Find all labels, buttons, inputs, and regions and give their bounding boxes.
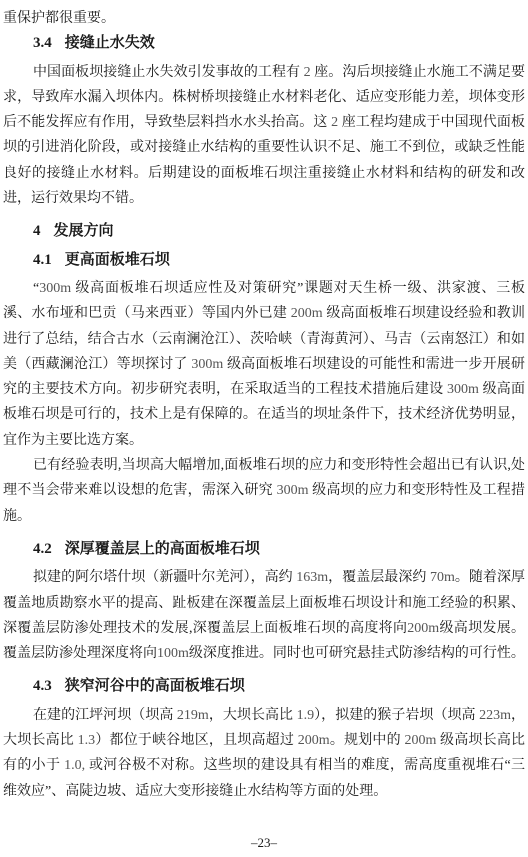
cjk-text-run: ），拟建的猴子岩坝（坝高 [314, 708, 479, 723]
latin-text-run: 200m [404, 733, 436, 748]
page-footer: –23– [0, 835, 528, 851]
latin-text-run: 1.9 [297, 708, 315, 723]
latin-text-run: 4 [33, 223, 41, 239]
cjk-text-run: 更高面板堆石坝 [65, 252, 170, 268]
cjk-text-run: 。规划中的 [330, 733, 405, 748]
paragraph-higher-dams-2: 已有经验表明,当坝高大幅增加,面板堆石坝的应力和变形特性会超出已有认识,处理不当… [3, 453, 525, 529]
latin-text-run: 1.0, [64, 758, 85, 773]
document-page: 重保护都很重要。 3.4接缝止水失效 中国面板坝接缝止水失效引发事故的工程有 2… [0, 0, 528, 857]
latin-text-run: 3.4 [33, 35, 52, 51]
latin-text-run: 100m [157, 646, 189, 661]
cjk-text-run: 级深度推进。同时也可研究悬挂式防渗结构的可行性。 [189, 646, 525, 661]
section-heading-3-4: 3.4接缝止水失效 [3, 31, 525, 56]
section-heading-4-3: 4.3狭窄河谷中的高面板堆石坝 [3, 674, 525, 699]
latin-text-run: 163m [296, 570, 328, 585]
latin-text-run: 2 [304, 65, 311, 80]
page-number: –23– [251, 835, 277, 850]
latin-text-run: 4.1 [33, 252, 52, 268]
latin-text-run: 223m [479, 708, 511, 723]
paragraph-seal-failure: 中国面板坝接缝止水失效引发事故的工程有 2 座。沟后坝接缝止水施工不满足要求，导… [3, 60, 525, 212]
cjk-text-run: ，覆盖层最深约 [328, 570, 430, 585]
paragraph-higher-dams-1: “300m 级高面板堆石坝适应性及对策研究”课题对天生桥一级、洪家渡、三板溪、水… [3, 276, 525, 453]
latin-text-run: 200m [298, 733, 330, 748]
latin-text-run: 1.3 [78, 733, 96, 748]
paragraph-overburden: 拟建的阿尔塔什坝（新疆叶尔羌河），高约 163m，覆盖层最深约 70m。随着深厚… [3, 565, 525, 666]
paragraph-narrow-valley: 在建的江坪河坝（坝高 219m，大坝长高比 1.9），拟建的猴子岩坝（坝高 22… [3, 703, 525, 804]
section-heading-4-2: 4.2深厚覆盖层上的高面板堆石坝 [3, 537, 525, 562]
cjk-text-run: ）都位于峡谷地区，且坝高超过 [95, 733, 298, 748]
latin-text-run: 4.2 [33, 541, 52, 557]
cjk-text-run: 接缝止水失效 [65, 35, 155, 51]
cjk-text-run: 中国面板坝接缝止水失效引发事故的工程有 [33, 65, 304, 80]
section-heading-4: 4发展方向 [3, 219, 525, 244]
cjk-text-run: 在建的江坪河坝（坝高 [33, 708, 177, 723]
latin-text-run: 300m [191, 357, 223, 372]
latin-text-run: 300m [39, 281, 71, 296]
cjk-text-run: 拟建的阿尔塔什坝（新疆叶尔羌河），高约 [33, 570, 296, 585]
latin-text-run: 300m [277, 483, 309, 498]
latin-text-run: 200m [407, 621, 439, 636]
latin-text-run: 70m [430, 570, 455, 585]
cjk-text-run: 发展方向 [54, 223, 114, 239]
latin-text-run: 4.3 [33, 678, 52, 694]
cjk-text-run: 重保护都很重要。 [3, 11, 115, 26]
latin-text-run: 219m [177, 708, 209, 723]
cjk-text-run: ，大坝长高比 [209, 708, 297, 723]
section-heading-4-1: 4.1更高面板堆石坝 [3, 248, 525, 273]
latin-text-run: 300m [447, 382, 479, 397]
cjk-text-run: 深厚覆盖层上的高面板堆石坝 [65, 541, 260, 557]
latin-text-run: 200m [291, 306, 323, 321]
paragraph-continuation: 重保护都很重要。 [3, 6, 525, 31]
cjk-text-run: 狭窄河谷中的高面板堆石坝 [65, 678, 245, 694]
